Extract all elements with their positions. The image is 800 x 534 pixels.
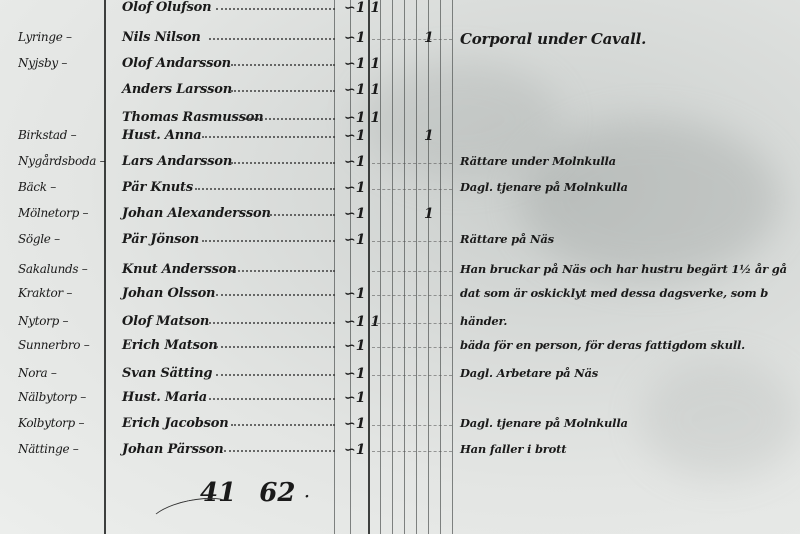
tally-mark: ∽1 (344, 442, 365, 458)
remark-note: dat som är oskicklyt med dessa dagsverke… (460, 286, 768, 300)
manuscript-page: Olof Olufson∽1 1Lyringe –Nils Nilson∽11C… (0, 0, 800, 534)
register-row: Nättinge –Johan Pärsson∽1Han faller i br… (0, 442, 800, 466)
remark-note: händer. (460, 314, 507, 328)
leader-dots (231, 82, 335, 92)
guide-line (372, 442, 452, 452)
register-row: Kraktor –Johan Olsson∽1dat som är oskick… (0, 286, 800, 310)
person-name: Olof Matson (122, 314, 209, 329)
register-row: Birkstad –Hust. Anna∽11 (0, 128, 800, 152)
leader-dots (216, 0, 335, 10)
guide-line (372, 262, 452, 272)
tally-mark: ∽1 1 (344, 56, 380, 72)
leader-dots (216, 366, 335, 376)
place-name: Sakalunds – (18, 262, 118, 276)
register-row: Nälbytorp –Hust. Maria∽1 (0, 390, 800, 414)
tally-mark: ∽1 (344, 128, 365, 144)
remark-note: Corporal under Cavall. (460, 30, 646, 48)
person-name: Johan Olsson (122, 286, 215, 301)
register-row: Nora –Svan Sätting∽1Dagl. Arbetare på Nä… (0, 366, 800, 390)
register-row: Kolbytorp –Erich Jacobson∽1Dagl. tjenare… (0, 416, 800, 440)
guide-line (372, 232, 452, 242)
leader-dots (231, 154, 335, 164)
leader-dots (267, 206, 335, 216)
place-name: Bäck – (18, 180, 118, 194)
extra-tally: 1 (424, 206, 434, 222)
remark-note: Han faller i brott (460, 442, 566, 456)
leader-dots (202, 232, 335, 242)
person-name: Anders Larsson (122, 82, 232, 97)
register-row: Sunnerbro –Erich Matson∽1bäda för en per… (0, 338, 800, 362)
place-name: Sunnerbro – (18, 338, 118, 352)
tally-mark: ∽1 (344, 232, 365, 248)
register-row: Nyjsby –Olof Andarsson∽1 1 (0, 56, 800, 80)
place-name: Nyjsby – (18, 56, 118, 70)
tally-mark: ∽1 (344, 206, 365, 222)
tally-mark: ∽1 (344, 390, 365, 406)
person-name: Pär Knuts (122, 180, 193, 195)
person-name: Erich Jacobson (122, 416, 228, 431)
tally-mark: ∽1 (344, 30, 365, 46)
leader-dots (209, 314, 335, 324)
tally-mark: ∽1 1 (344, 82, 380, 98)
leader-dots (224, 442, 335, 452)
place-name: Mölnetorp – (18, 206, 118, 220)
place-name: Kolbytorp – (18, 416, 118, 430)
person-name: Svan Sätting (122, 366, 212, 381)
leader-dots (209, 390, 335, 400)
person-name: Lars Andarsson (122, 154, 232, 169)
place-name: Lyringe – (18, 30, 118, 44)
leader-dots (231, 56, 335, 66)
place-name: Nättinge – (18, 442, 118, 456)
extra-tally: 1 (424, 128, 434, 144)
person-name: Nils Nilson (122, 30, 201, 45)
remark-note: bäda för en person, för deras fattigdom … (460, 338, 745, 352)
register-row: Mölnetorp –Johan Alexandersson∽11 (0, 206, 800, 230)
register-row: Bäck –Pär Knuts∽1Dagl. tjenare på Molnku… (0, 180, 800, 204)
place-name: Sögle – (18, 232, 118, 246)
guide-line (372, 286, 452, 296)
remark-note: Dagl. tjenare på Molnkulla (460, 180, 628, 194)
remark-note: Dagl. Arbetare på Näs (460, 366, 598, 380)
person-name: Hust. Maria (122, 390, 207, 405)
place-name: Birkstad – (18, 128, 118, 142)
leader-dots (195, 180, 335, 190)
person-name: Olof Olufson (122, 0, 211, 15)
place-name: Nytorp – (18, 314, 118, 328)
leader-dots (202, 128, 335, 138)
person-name: Knut Andersson (122, 262, 236, 277)
person-name: Johan Alexandersson (122, 206, 271, 221)
leader-dots (245, 110, 335, 120)
leader-dots (216, 286, 335, 296)
tally-mark: ∽1 1 (344, 0, 380, 16)
tally-mark: ∽1 (344, 180, 365, 196)
register-row: Lyringe –Nils Nilson∽11Corporal under Ca… (0, 30, 800, 54)
register-row: Anders Larsson∽1 1 (0, 82, 800, 106)
person-name: Thomas Rasmusson (122, 110, 263, 125)
guide-line (372, 154, 452, 164)
remark-note: Rättare på Näs (460, 232, 554, 246)
register-row: Sakalunds –Knut AnderssonHan bruckar på … (0, 262, 800, 286)
total-sum: 62 (259, 478, 295, 508)
person-name: Hust. Anna (122, 128, 202, 143)
register-row: Olof Olufson∽1 1 (0, 0, 800, 24)
tally-mark: ∽1 (344, 154, 365, 170)
guide-line (372, 180, 452, 190)
tally-mark: ∽1 (344, 338, 365, 354)
person-name: Johan Pärsson (122, 442, 224, 457)
guide-line (372, 30, 452, 40)
leader-dots (209, 30, 335, 40)
tally-mark: ∽1 1 (344, 110, 380, 126)
leader-dots (231, 416, 335, 426)
guide-line (372, 314, 452, 324)
place-name: Nygårdsboda – (18, 154, 118, 168)
register-row: Sögle –Pär Jönson∽1Rättare på Näs (0, 232, 800, 256)
guide-line (372, 338, 452, 348)
remark-note: Dagl. tjenare på Molnkulla (460, 416, 628, 430)
person-name: Erich Matson (122, 338, 217, 353)
guide-line (372, 416, 452, 426)
remark-note: Han bruckar på Näs och har hustru begärt… (460, 262, 787, 276)
register-row: Nytorp –Olof Matson∽1 1händer. (0, 314, 800, 338)
tally-mark: ∽1 (344, 286, 365, 302)
leader-dots (231, 262, 335, 272)
remark-note: Rättare under Molnkulla (460, 154, 616, 168)
place-name: Nora – (18, 366, 118, 380)
tally-mark: ∽1 (344, 416, 365, 432)
register-row: Nygårdsboda –Lars Andarsson∽1Rättare und… (0, 154, 800, 178)
person-name: Pär Jönson (122, 232, 199, 247)
place-name: Nälbytorp – (18, 390, 118, 404)
leader-dots (216, 338, 335, 348)
person-name: Olof Andarsson (122, 56, 231, 71)
tally-mark: ∽1 (344, 366, 365, 382)
place-name: Kraktor – (18, 286, 118, 300)
guide-line (372, 366, 452, 376)
